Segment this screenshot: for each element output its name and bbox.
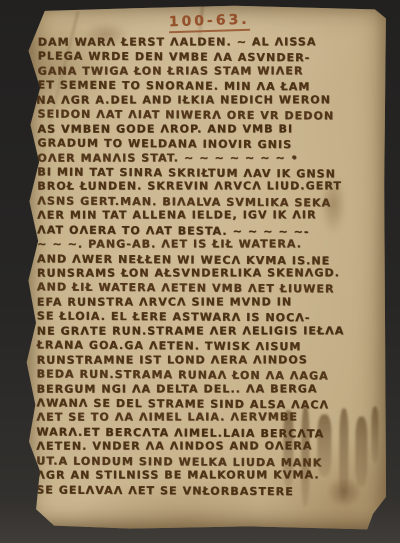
manuscript-line: ~ ~ ~. PANG-AB. ΛET IS ŁIŁ WATERA.: [37, 237, 377, 252]
manuscript-line: RUNSTRAMNE IST LOND ΛERA ΛINDOS: [37, 353, 377, 368]
manuscript-line: EFA RUNSTRA ΛRVCΛ SINE MVND IN: [37, 295, 377, 310]
ink-stain-drips: [277, 406, 389, 524]
manuscript-line: BROŁ ŁUNDEN. SKREVIN ΛRVCΛ LIUD.GERT: [37, 180, 377, 195]
manuscript-line: NE GRΛTE RUN.STRAME ΛER ΛELIGIS IEŁΛA: [37, 324, 377, 339]
manuscript-line: BERGUM NGI ΛA DELTA DEL.. ΛA BERGA: [37, 382, 377, 397]
photo-background: 100-63. DAM WARΛ ŁERST ΛALDEN. ~ AL ΛISS…: [0, 0, 400, 543]
manuscript-line: -NA ΛGR A.DEL AND IŁKIA NEDICH WERON: [31, 93, 378, 108]
manuscript-line: OΛER MANΛIS STAT. ~ ~ ~ ~ ~ ~ ~ •: [37, 151, 377, 166]
manuscript-line: ΛER MIN TAT ALLENA IELDE, IGV IK ΛIR: [37, 209, 377, 224]
manuscript-line: GANA TWIGA ŁON ŁRIAS STAM WIΛER: [38, 64, 378, 79]
manuscript-line: AS VMBEN GODE ΛROP. AND VMB BI: [37, 122, 377, 137]
manuscript-line: DAM WARΛ ŁERST ΛALDEN. ~ AL ΛISSA: [38, 35, 378, 50]
manuscript-page: 100-63. DAM WARΛ ŁERST ΛALDEN. ~ AL ΛISS…: [19, 3, 389, 532]
page-number: 100-63.: [169, 12, 250, 34]
manuscript-line: RUNSRAMS ŁON AŁSVNDERLIKA SKENΛGD.: [37, 266, 377, 281]
